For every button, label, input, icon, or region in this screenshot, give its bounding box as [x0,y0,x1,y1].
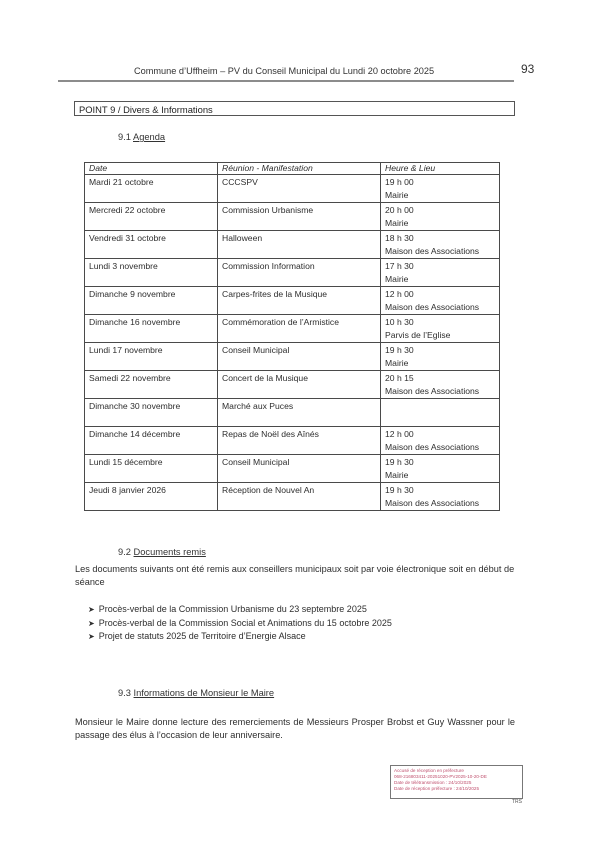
table-row: Dimanche 14 décembreRepas de Noël des Aî… [85,427,500,455]
cell-time: 19 h 00 [385,176,495,189]
table-row: Mardi 21 octobreCCCSPV19 h 00Mairie [85,175,500,203]
cell-event: Commission Urbanisme [218,203,381,231]
table-row: Dimanche 9 novembreCarpes-frites de la M… [85,287,500,315]
cell-date: Lundi 17 novembre [85,343,218,371]
cell-date: Jeudi 8 janvier 2026 [85,483,218,511]
cell-event: Réception de Nouvel An [218,483,381,511]
cell-place: Mairie [385,217,495,230]
list-item: ➤Procès-verbal de la Commission Urbanism… [88,603,392,617]
cell-date: Samedi 22 novembre [85,371,218,399]
cell-time: 17 h 30 [385,260,495,273]
cell-place: Mairie [385,357,495,370]
cell-event: Commission Information [218,259,381,287]
cell-time-place: 17 h 30Mairie [381,259,500,287]
column-header-date: Date [85,163,218,175]
cell-time-place: 18 h 30Maison des Associations [381,231,500,259]
column-header-event: Réunion - Manifestation [218,163,381,175]
table-row: Vendredi 31 octobreHalloween18 h 30Maiso… [85,231,500,259]
cell-place: Mairie [385,189,495,202]
cell-time-place: 19 h 30Maison des Associations [381,483,500,511]
cell-date: Dimanche 14 décembre [85,427,218,455]
cell-date: Mardi 21 octobre [85,175,218,203]
table-header-row: Date Réunion - Manifestation Heure & Lie… [85,163,500,175]
list-item: ➤Projet de statuts 2025 de Territoire d’… [88,630,392,644]
cell-date: Dimanche 16 novembre [85,315,218,343]
cell-date: Lundi 15 décembre [85,455,218,483]
cell-event: CCCSPV [218,175,381,203]
cell-time-place: 19 h 00Mairie [381,175,500,203]
cell-time: 19 h 30 [385,484,495,497]
cell-event: Carpes-frites de la Musique [218,287,381,315]
cell-place: Maison des Associations [385,245,495,258]
page-number: 93 [521,62,534,76]
arrow-bullet-icon: ➤ [88,632,95,641]
cell-place: Maison des Associations [385,497,495,510]
list-item: ➤Procès-verbal de la Commission Social e… [88,617,392,631]
cell-time: 12 h 00 [385,428,495,441]
section-number: 9.2 [118,547,131,557]
cell-event: Conseil Municipal [218,455,381,483]
cell-time-place: 19 h 30Mairie [381,455,500,483]
cell-place: Maison des Associations [385,385,495,398]
page-header: Commune d’Uffheim – PV du Conseil Munici… [134,66,509,76]
section-title: Documents remis [134,547,206,557]
agenda-table: Date Réunion - Manifestation Heure & Lie… [84,162,500,511]
column-header-time-place: Heure & Lieu [381,163,500,175]
cell-date: Dimanche 9 novembre [85,287,218,315]
section-title: Agenda [133,132,165,142]
cell-place: Maison des Associations [385,441,495,454]
cell-time-place: 20 h 15Maison des Associations [381,371,500,399]
cell-place: Mairie [385,469,495,482]
cell-time: 19 h 30 [385,456,495,469]
table-row: Dimanche 16 novembreCommémoration de l’A… [85,315,500,343]
cell-date: Dimanche 30 novembre [85,399,218,427]
section-agenda-heading: 9.1 Agenda [118,132,165,142]
table-row: Lundi 15 décembreConseil Municipal19 h 3… [85,455,500,483]
cell-date: Vendredi 31 octobre [85,231,218,259]
cell-place: Maison des Associations [385,301,495,314]
stamp-reference: TRS [512,799,522,805]
cell-event: Concert de la Musique [218,371,381,399]
cell-time: 12 h 00 [385,288,495,301]
arrow-bullet-icon: ➤ [88,619,95,628]
table-row: Lundi 17 novembreConseil Municipal19 h 3… [85,343,500,371]
table-row: Lundi 3 novembreCommission Information17… [85,259,500,287]
cell-time: 18 h 30 [385,232,495,245]
mayor-info-text: Monsieur le Maire donne lecture des reme… [75,716,515,742]
cell-event: Halloween [218,231,381,259]
cell-time-place: 20 h 00Mairie [381,203,500,231]
cell-place: Mairie [385,273,495,286]
cell-event: Conseil Municipal [218,343,381,371]
cell-time-place: 12 h 00Maison des Associations [381,287,500,315]
cell-event: Repas de Noël des Aînés [218,427,381,455]
table-row: Samedi 22 novembreConcert de la Musique2… [85,371,500,399]
table-row: Jeudi 8 janvier 2026Réception de Nouvel … [85,483,500,511]
cell-date: Lundi 3 novembre [85,259,218,287]
cell-time-place: 10 h 30Parvis de l’Eglise [381,315,500,343]
cell-time-place [381,399,500,427]
prefecture-receipt-stamp: Accusé de réception en préfecture 068-21… [390,765,523,799]
cell-date: Mercredi 22 octobre [85,203,218,231]
arrow-bullet-icon: ➤ [88,605,95,614]
section-number: 9.3 [118,688,131,698]
section-number: 9.1 [118,132,131,142]
cell-time: 20 h 15 [385,372,495,385]
section-title: Informations de Monsieur le Maire [134,688,275,698]
table-row: Dimanche 30 novembreMarché aux Puces [85,399,500,427]
documents-list: ➤Procès-verbal de la Commission Urbanism… [88,603,392,644]
header-divider [58,80,514,82]
cell-event: Marché aux Puces [218,399,381,427]
point-title: POINT 9 / Divers & Informations [74,101,515,116]
table-row: Mercredi 22 octobreCommission Urbanisme2… [85,203,500,231]
cell-time: 19 h 30 [385,344,495,357]
documents-intro: Les documents suivants ont été remis aux… [75,563,515,589]
cell-time: 10 h 30 [385,316,495,329]
cell-time: 20 h 00 [385,204,495,217]
cell-time-place: 19 h 30Mairie [381,343,500,371]
section-documents-heading: 9.2 Documents remis [118,547,206,557]
cell-event: Commémoration de l’Armistice [218,315,381,343]
section-mayor-heading: 9.3 Informations de Monsieur le Maire [118,688,274,698]
cell-time-place: 12 h 00Maison des Associations [381,427,500,455]
cell-place: Parvis de l’Eglise [385,329,495,342]
